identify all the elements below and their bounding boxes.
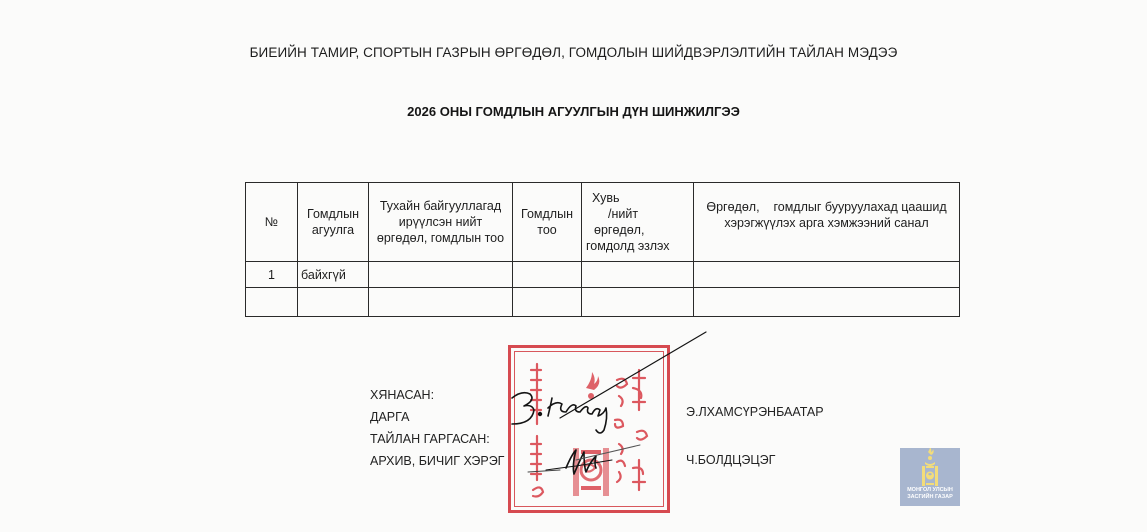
header-no: № (246, 183, 298, 262)
reviewer-title: ДАРГА (370, 409, 504, 431)
cell-content (298, 288, 369, 317)
cell-content: байхгүй (298, 262, 369, 288)
header-pct-line: /нийт (608, 206, 689, 222)
soyombo-icon (900, 448, 960, 488)
cell-proposal (694, 288, 960, 317)
document-title: БИЕИЙН ТАМИР, СПОРТЫН ГАЗРЫН ӨРГӨДӨЛ, ГО… (0, 45, 1147, 60)
cell-total-received (369, 262, 513, 288)
header-pct-line: Хувь (592, 190, 689, 206)
logo-text: МОНГОЛ УЛСЫН ЗАСГИЙН ГАЗАР (900, 487, 960, 501)
header-sent-line: өргөдөл, гомдлын тоо (377, 231, 504, 245)
header-percentage: Хувь /нийт өргөдөл, гомдолд эзлэх (582, 183, 694, 262)
state-seal-icon (511, 348, 673, 516)
cell-percentage (582, 262, 694, 288)
preparer-name: Ч.БОЛДЦЭЦЭГ (686, 453, 775, 467)
complaint-analysis-table: № Гомдлын агуулга Тухайн байгууллагад ир… (245, 182, 960, 317)
table-header-row: № Гомдлын агуулга Тухайн байгууллагад ир… (246, 183, 960, 262)
header-content-line: агуулга (312, 223, 354, 237)
table-row: 1 байхгүй (246, 262, 960, 288)
header-content-line: Гомдлын (307, 207, 359, 221)
header-count-line: тоо (537, 223, 557, 237)
cell-no: 1 (246, 262, 298, 288)
prepared-label: ТАЙЛАН ГАРГАСАН: (370, 431, 504, 453)
cell-percentage (582, 288, 694, 317)
reviewed-label: ХЯНАСАН: (370, 387, 504, 409)
preparer-title: АРХИВ, БИЧИГ ХЭРЭГ (370, 453, 504, 475)
table-row (246, 288, 960, 317)
cell-total-received (369, 288, 513, 317)
cell-complaint-count (513, 288, 582, 317)
header-proposal-line: Өргөдөл, гомдлыг бууруулахад цаашид (706, 200, 946, 214)
header-sent-line: ирүүлсэн нийт (399, 215, 482, 229)
header-proposal: Өргөдөл, гомдлыг бууруулахад цаашид хэрэ… (694, 183, 960, 262)
document-page: БИЕИЙН ТАМИР, СПОРТЫН ГАЗРЫН ӨРГӨДӨЛ, ГО… (0, 0, 1147, 532)
reviewer-name: Э.ЛХАМСҮРЭНБААТАР (686, 405, 824, 419)
header-content: Гомдлын агуулга (298, 183, 369, 262)
header-pct-line: гомдолд эзлэх (586, 238, 689, 254)
header-sent-line: Тухайн байгууллагад (380, 199, 501, 213)
logo-line: МОНГОЛ УЛСЫН (900, 487, 960, 494)
cell-proposal (694, 262, 960, 288)
mongolian-government-logo: МОНГОЛ УЛСЫН ЗАСГИЙН ГАЗАР (900, 448, 960, 506)
header-proposal-line: хэрэгжүүлэх арга хэмжээний санал (724, 216, 928, 230)
header-complaint-count: Гомдлын тоо (513, 183, 582, 262)
header-total-received: Тухайн байгууллагад ирүүлсэн нийт өргөдө… (369, 183, 513, 262)
cell-complaint-count (513, 262, 582, 288)
header-pct-line: өргөдөл, (594, 222, 689, 238)
logo-line: ЗАСГИЙН ГАЗАР (900, 494, 960, 501)
official-stamp (508, 345, 670, 513)
signature-labels: ХЯНАСАН: ДАРГА ТАЙЛАН ГАРГАСАН: АРХИВ, Б… (370, 387, 504, 475)
document-subtitle: 2026 ОНЫ ГОМДЛЫН АГУУЛГЫН ДҮН ШИНЖИЛГЭЭ (0, 104, 1147, 119)
cell-no (246, 288, 298, 317)
header-count-line: Гомдлын (521, 207, 573, 221)
